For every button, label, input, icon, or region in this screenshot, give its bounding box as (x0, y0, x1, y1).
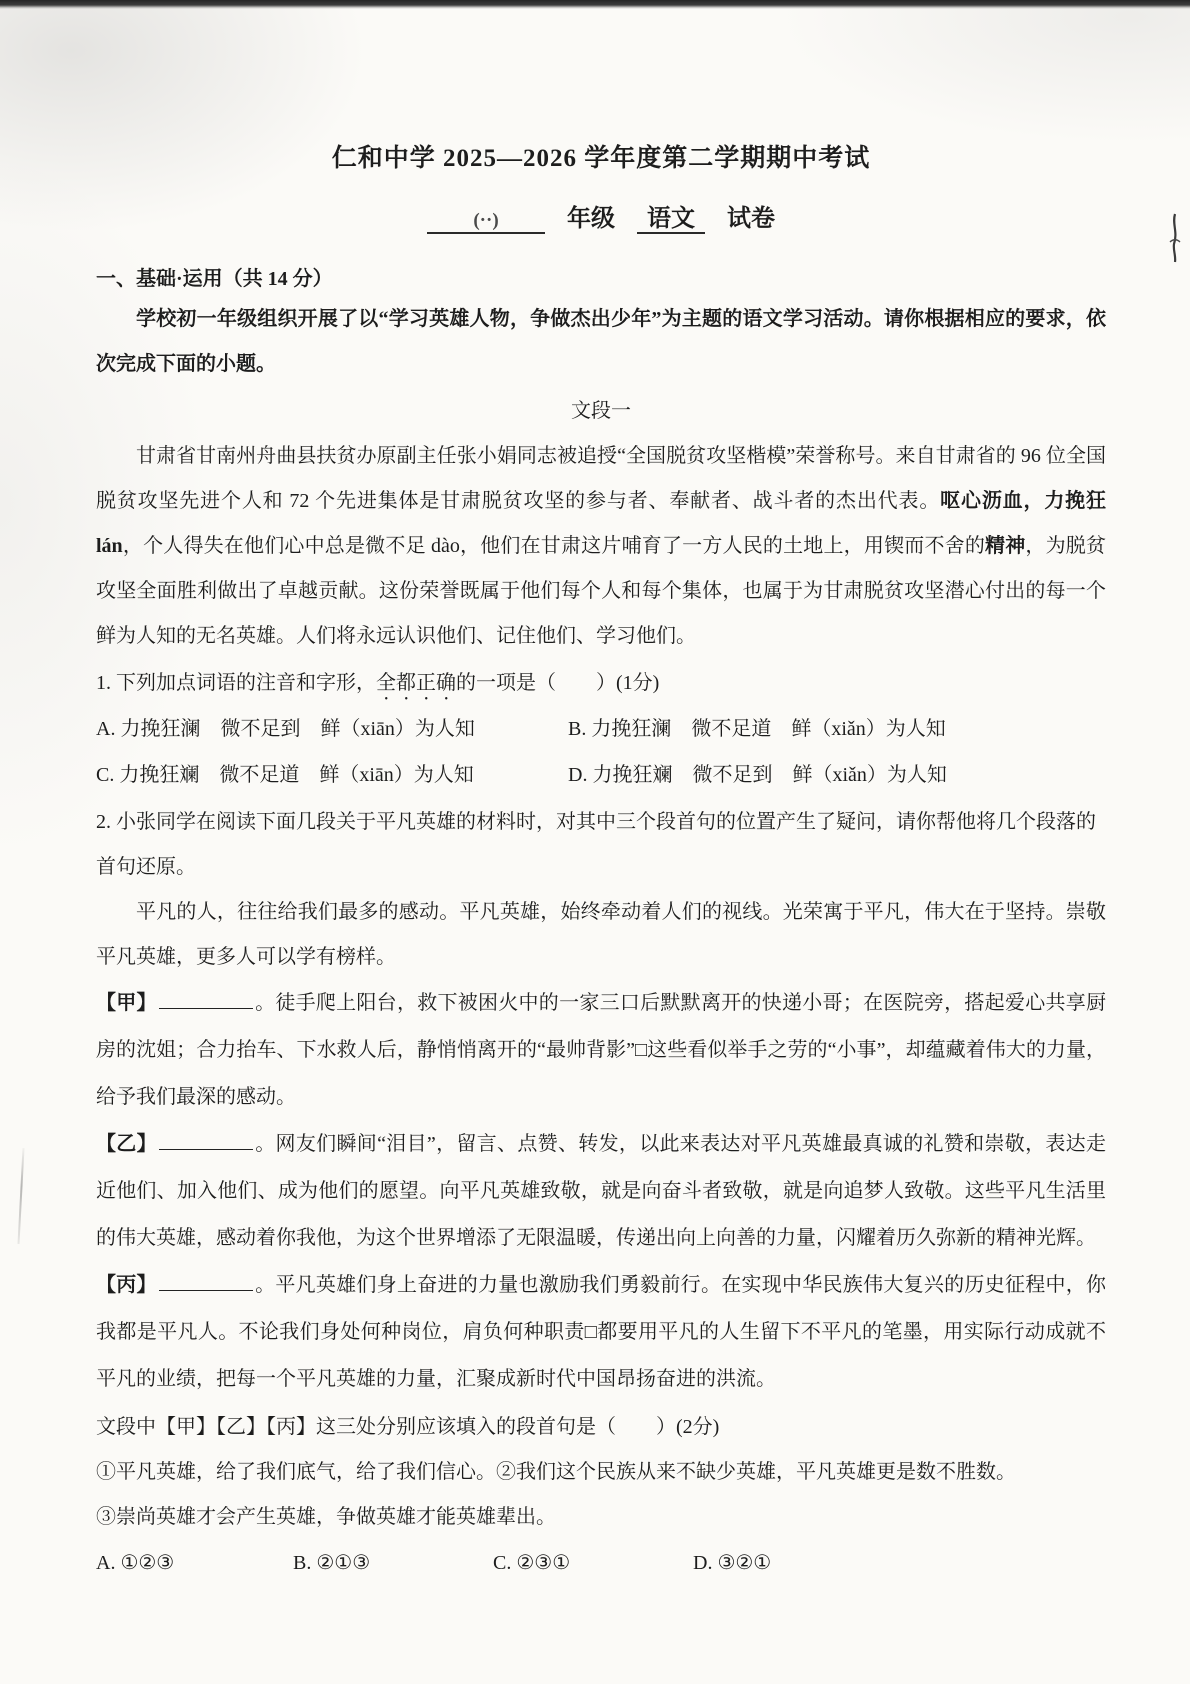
passage-keyword-2: 精神 (985, 535, 1025, 557)
question-2-stem: 2. 小张同学在阅读下面几段关于平凡英雄的材料时，对其中三个段首句的位置产生了疑… (96, 800, 1106, 890)
exam-subtitle: (··) 年级 语文 试卷 (96, 198, 1106, 234)
paragraph-jia: 【甲】。徒手爬上阳台，救下被困火中的一家三口后默默离开的快递小哥；在医院旁，搭起… (96, 980, 1106, 1121)
intro-paragraph: 学校初一年级组织开展了以“学习英雄人物，争做杰出少年”为主题的语文学习活动。请你… (96, 297, 1106, 387)
q1-stem-post: 的一项是（ ）(1分) (456, 672, 659, 694)
question-1-stem: 1. 下列加点词语的注音和字形，全都正确的一项是（ ）(1分) (96, 661, 1106, 706)
section-heading: 一、基础·运用（共 14 分） (96, 262, 1106, 291)
scan-scratch-mark (17, 1148, 24, 1244)
q1-option-d: D. 力挽狂斓 微不足到 鲜（xiǎn）为人知 (568, 752, 1106, 798)
subject-label: 语文 (637, 206, 705, 234)
page-curl-mark (1166, 212, 1184, 264)
q2-option-c: C. ②③① (493, 1540, 693, 1586)
scanned-exam-page: 仁和中学 2025—2026 学年度第二学期期中考试 (··) 年级 语文 试卷… (0, 0, 1190, 1684)
bing-fill-blank (159, 1271, 253, 1291)
q1-stem-emphasized: 全都正确 (376, 672, 456, 694)
bing-text: 。平凡英雄们身上奋进的力量也激励我们勇毅前行。在实现中华民族伟大复兴的历史征程中… (96, 1274, 1106, 1390)
q2-lead-paragraph: 平凡的人，往往给我们最多的感动。平凡英雄，始终牵动着人们的视线。光荣寓于平凡，伟… (96, 890, 1106, 980)
q2-sentences-line-1: ①平凡英雄，给了我们底气，给了我们信心。②我们这个民族从来不缺少英雄，平凡英雄更… (96, 1450, 1106, 1495)
paper-label: 试卷 (727, 206, 775, 232)
yi-text: 。网友们瞬间“泪目”，留言、点赞、转发，以此来表达对平凡英雄最真诚的礼赞和崇敬，… (96, 1133, 1106, 1249)
q1-stem-pre: 1. 下列加点词语的注音和字形， (96, 672, 376, 694)
yi-label: 【乙】 (96, 1133, 157, 1155)
q1-option-b: B. 力挽狂澜 微不足道 鲜（xiǎn）为人知 (568, 706, 1106, 752)
q1-option-c: C. 力挽狂斓 微不足道 鲜（xiān）为人知 (96, 752, 568, 798)
q2-option-d: D. ③②① (693, 1540, 771, 1586)
q2-option-b: B. ②①③ (293, 1540, 493, 1586)
bing-label: 【丙】 (96, 1274, 157, 1296)
grade-label: 年级 (567, 206, 615, 232)
q1-option-a: A. 力挽狂澜 微不足到 鲜（xiān）为人知 (96, 706, 568, 752)
grade-blank: (··) (427, 210, 545, 234)
question-1-options: A. 力挽狂澜 微不足到 鲜（xiān）为人知 B. 力挽狂澜 微不足道 鲜（x… (96, 706, 1106, 798)
paragraph-bing: 【丙】。平凡英雄们身上奋进的力量也激励我们勇毅前行。在实现中华民族伟大复兴的历史… (96, 1262, 1106, 1403)
passage-body: 甘肃省甘南州舟曲县扶贫办原副主任张小娟同志被追授“全国脱贫攻坚楷模”荣誉称号。来… (96, 434, 1106, 659)
question-2-options: A. ①②③ B. ②①③ C. ②③① D. ③②① (96, 1540, 1106, 1586)
jia-text: 。徒手爬上阳台，救下被困火中的一家三口后默默离开的快递小哥；在医院旁，搭起爱心共… (96, 992, 1106, 1108)
exam-title: 仁和中学 2025—2026 学年度第二学期期中考试 (96, 138, 1106, 174)
q2-option-a: A. ①②③ (96, 1540, 293, 1586)
passage-seg3: ，个人得失在他们心中总是微不足 dào，他们在甘肃这片哺育了一方人民的土地上，用… (123, 535, 985, 557)
jia-fill-blank (159, 989, 253, 1009)
q2-fill-question-stem: 文段中【甲】【乙】【丙】这三处分别应该填入的段首句是（ ）(2分) (96, 1405, 1106, 1450)
jia-label: 【甲】 (96, 992, 157, 1014)
page-content: 仁和中学 2025—2026 学年度第二学期期中考试 (··) 年级 语文 试卷… (96, 0, 1106, 1586)
q2-sentences-line-2: ③崇尚英雄才会产生英雄，争做英雄才能英雄辈出。 (96, 1495, 1106, 1540)
yi-fill-blank (159, 1130, 253, 1150)
paragraph-yi: 【乙】。网友们瞬间“泪目”，留言、点赞、转发，以此来表达对平凡英雄最真诚的礼赞和… (96, 1121, 1106, 1262)
passage-title: 文段一 (96, 389, 1106, 434)
